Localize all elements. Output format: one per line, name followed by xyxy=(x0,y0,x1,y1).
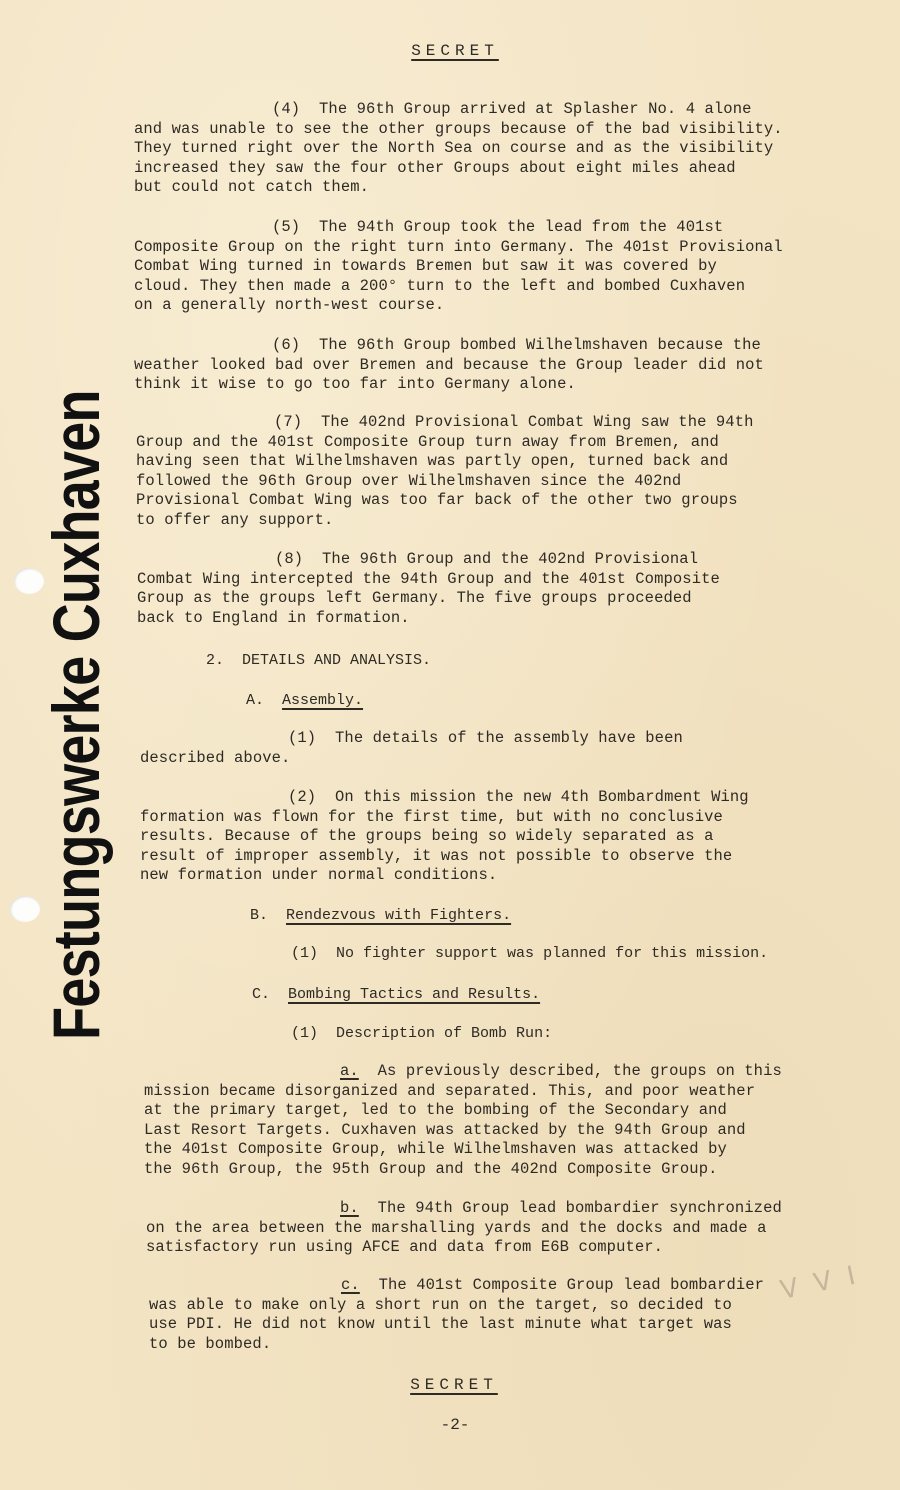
subsection-heading-assembly: A. Assembly. xyxy=(246,692,363,709)
paragraph-5: (5) The 94th Group took the lead from th… xyxy=(134,218,814,316)
paragraph-6: (6) The 96th Group bombed Wilhelmshaven … xyxy=(134,336,814,395)
subsection-heading-rendezvous: B. Rendezvous with Fighters. xyxy=(250,907,511,924)
rendezvous-item-1: (1) No fighter support was planned for t… xyxy=(291,945,768,962)
binder-hole xyxy=(10,896,40,922)
bombing-subitem-b: b. The 94th Group lead bombardier synchr… xyxy=(146,1199,826,1258)
paragraph-4: (4) The 96th Group arrived at Splasher N… xyxy=(134,100,814,198)
classification-footer: SECRET xyxy=(0,1376,900,1394)
classification-header: SECRET xyxy=(0,42,900,60)
subsection-heading-bombing: C. Bombing Tactics and Results. xyxy=(252,986,540,1003)
watermark: Festungswerke Cuxhaven xyxy=(38,390,114,1040)
document-page: Festungswerke Cuxhaven SECRET (4) The 96… xyxy=(0,0,900,1490)
section-heading: 2. DETAILS AND ANALYSIS. xyxy=(206,652,431,669)
bombing-subitem-a: a. As previously described, the groups o… xyxy=(144,1062,824,1180)
assembly-item-1: (1) The details of the assembly have bee… xyxy=(140,729,820,768)
paragraph-8: (8) The 96th Group and the 402nd Provisi… xyxy=(137,550,817,628)
bombing-item-1: (1) Description of Bomb Run: xyxy=(291,1025,552,1042)
assembly-item-2: (2) On this mission the new 4th Bombardm… xyxy=(140,788,820,886)
paragraph-7: (7) The 402nd Provisional Combat Wing sa… xyxy=(136,413,816,531)
page-number: -2- xyxy=(0,1416,900,1434)
bombing-subitem-c: c. The 401st Composite Group lead bombar… xyxy=(149,1276,829,1354)
